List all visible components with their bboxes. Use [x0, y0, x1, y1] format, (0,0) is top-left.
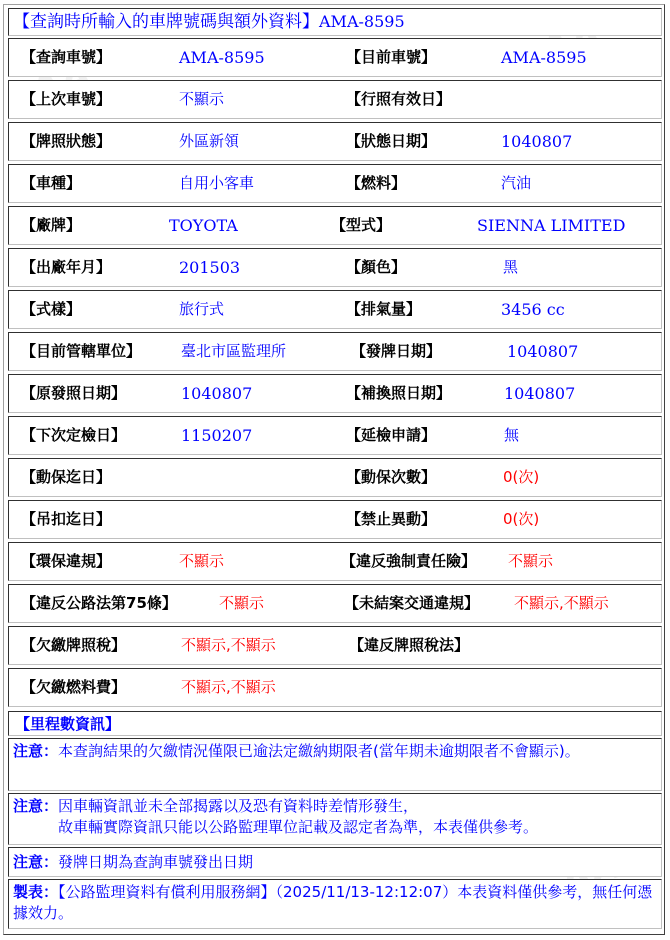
- note-text-line2: 故車輛實際資訊只能以公路監理單位記載及認定者為準，本表僅供參考。: [13, 818, 538, 836]
- info-row: 【下次定檢日】1150207【延檢申請】無: [8, 416, 662, 455]
- field-value: 1040807: [504, 375, 575, 412]
- field-label: 【違反強制責任險】: [341, 543, 476, 580]
- field-value: 外區新領: [179, 123, 239, 160]
- mileage-section: 【里程數資訊】: [8, 711, 662, 736]
- report-footer: 製表：【公路監理資料有償利用服務網】（2025/11/13-12:12:07）本…: [8, 879, 662, 929]
- field-value: 201503: [179, 249, 240, 286]
- field-label: 【出廠年月】: [21, 249, 111, 286]
- info-row: 【動保迄日】【動保次數】0(次): [8, 458, 662, 497]
- field-value: 黑: [503, 249, 518, 286]
- field-label: 【下次定檢日】: [21, 417, 126, 454]
- field-value: 臺北市區監理所: [181, 333, 286, 370]
- field-value: TOYOTA: [169, 207, 238, 244]
- note-prefix: 注意：: [13, 742, 58, 760]
- field-label: 【補換照日期】: [346, 375, 451, 412]
- field-value: 1040807: [181, 375, 252, 412]
- field-label: 【發牌日期】: [351, 333, 441, 370]
- note-prefix: 注意：: [13, 853, 58, 871]
- field-value: 0(次): [503, 459, 539, 496]
- field-label: 【欠繳燃料費】: [21, 669, 126, 706]
- field-label: 【目前管轄單位】: [21, 333, 141, 370]
- info-row: 【原發照日期】1040807【補換照日期】1040807: [8, 374, 662, 413]
- note-text-line1: 因車輛資訊並未全部揭露以及恐有資料時差情形發生，: [58, 797, 418, 815]
- field-value: 3456 cc: [501, 291, 565, 328]
- note-text: 本查詢結果的欠繳情況僅限已逾法定繳納期限者(當年期未逾期限者不會顯示)。: [58, 742, 580, 760]
- field-value: 自用小客車: [179, 165, 254, 202]
- footer-prefix: 製表：: [13, 883, 58, 901]
- info-row: 【目前管轄單位】臺北市區監理所【發牌日期】1040807: [8, 332, 662, 371]
- mileage-label: 【里程數資訊】: [15, 715, 120, 733]
- note-arrears: 注意：本查詢結果的欠繳情況僅限已逾法定繳納期限者(當年期未逾期限者不會顯示)。: [8, 738, 662, 791]
- footer-text: 【公路監理資料有償利用服務網】（2025/11/13-12:12:07）本表資料…: [13, 883, 652, 922]
- note-prefix: 注意：: [13, 797, 58, 815]
- field-value: 不顯示: [179, 81, 224, 118]
- info-row: 【車種】自用小客車【燃料】汽油: [8, 164, 662, 203]
- field-value: 不顯示,不顯示: [181, 627, 276, 664]
- field-value: 不顯示,不顯示: [514, 585, 609, 622]
- field-value: AMA-8595: [501, 39, 587, 76]
- report-title: 【查詢時所輸入的車牌號碼與額外資料】AMA-8595: [8, 8, 662, 36]
- field-value: 不顯示,不顯示: [181, 669, 276, 706]
- info-row: 【吊扣迄日】【禁止異動】0(次): [8, 500, 662, 539]
- field-label: 【上次車號】: [21, 81, 111, 118]
- field-label: 【燃料】: [346, 165, 406, 202]
- note-text: 發牌日期為查詢車號發出日期: [58, 853, 253, 871]
- field-value: 不顯示: [508, 543, 553, 580]
- field-value: 不顯示: [179, 543, 224, 580]
- field-label: 【欠繳牌照稅】: [21, 627, 126, 664]
- field-label: 【牌照狀態】: [21, 123, 111, 160]
- field-label: 【原發照日期】: [21, 375, 126, 412]
- field-value: 1040807: [501, 123, 572, 160]
- info-row: 【廠牌】TOYOTA【型式】SIENNA LIMITED: [8, 206, 662, 245]
- field-label: 【目前車號】: [346, 39, 436, 76]
- info-row: 【欠繳燃料費】不顯示,不顯示: [8, 668, 662, 707]
- field-value: 汽油: [501, 165, 531, 202]
- field-label: 【未結案交通違規】: [344, 585, 479, 622]
- field-label: 【禁止異動】: [346, 501, 436, 538]
- field-value: AMA-8595: [179, 39, 265, 76]
- field-label: 【動保迄日】: [21, 459, 111, 496]
- field-label: 【動保次數】: [346, 459, 436, 496]
- field-label: 【延檢申請】: [346, 417, 436, 454]
- field-value: 0(次): [503, 501, 539, 538]
- info-row: 【牌照狀態】外區新領【狀態日期】1040807: [8, 122, 662, 161]
- field-value: 不顯示: [219, 585, 264, 622]
- field-label: 【排氣量】: [346, 291, 421, 328]
- info-row: 【上次車號】不顯示【行照有效日】: [8, 80, 662, 119]
- field-value: 旅行式: [179, 291, 224, 328]
- note-disclaimer: 注意：因車輛資訊並未全部揭露以及恐有資料時差情形發生， 故車輛實際資訊只能以公路…: [8, 793, 662, 845]
- field-value: 無: [504, 417, 519, 454]
- field-value: 1150207: [181, 417, 252, 454]
- field-label: 【狀態日期】: [346, 123, 436, 160]
- field-label: 【環保違規】: [21, 543, 111, 580]
- info-row: 【出廠年月】201503【顏色】黑: [8, 248, 662, 287]
- field-value: 1040807: [507, 333, 578, 370]
- field-label: 【查詢車號】: [21, 39, 111, 76]
- field-value: SIENNA LIMITED: [477, 207, 625, 244]
- field-label: 【行照有效日】: [346, 81, 451, 118]
- field-label: 【型式】: [331, 207, 391, 244]
- title-label: 【查詢時所輸入的車牌號碼與額外資料】: [13, 12, 319, 32]
- info-row: 【式樣】旅行式【排氣量】3456 cc: [8, 290, 662, 329]
- info-row: 【違反公路法第75條】不顯示【未結案交通違規】不顯示,不顯示: [8, 584, 662, 623]
- title-plate: AMA-8595: [319, 12, 405, 31]
- field-label: 【廠牌】: [21, 207, 81, 244]
- field-label: 【吊扣迄日】: [21, 501, 111, 538]
- field-label: 【顏色】: [346, 249, 406, 286]
- info-row: 【查詢車號】AMA-8595【目前車號】AMA-8595: [8, 38, 662, 77]
- field-label: 【違反公路法第75條】: [21, 585, 177, 622]
- field-label: 【違反牌照稅法】: [349, 627, 469, 664]
- info-row: 【環保違規】不顯示【違反強制責任險】不顯示: [8, 542, 662, 581]
- field-label: 【式樣】: [21, 291, 81, 328]
- note-issue-date: 注意：發牌日期為查詢車號發出日期: [8, 847, 662, 877]
- info-row: 【欠繳牌照稅】不顯示,不顯示【違反牌照稅法】: [8, 626, 662, 665]
- field-label: 【車種】: [21, 165, 81, 202]
